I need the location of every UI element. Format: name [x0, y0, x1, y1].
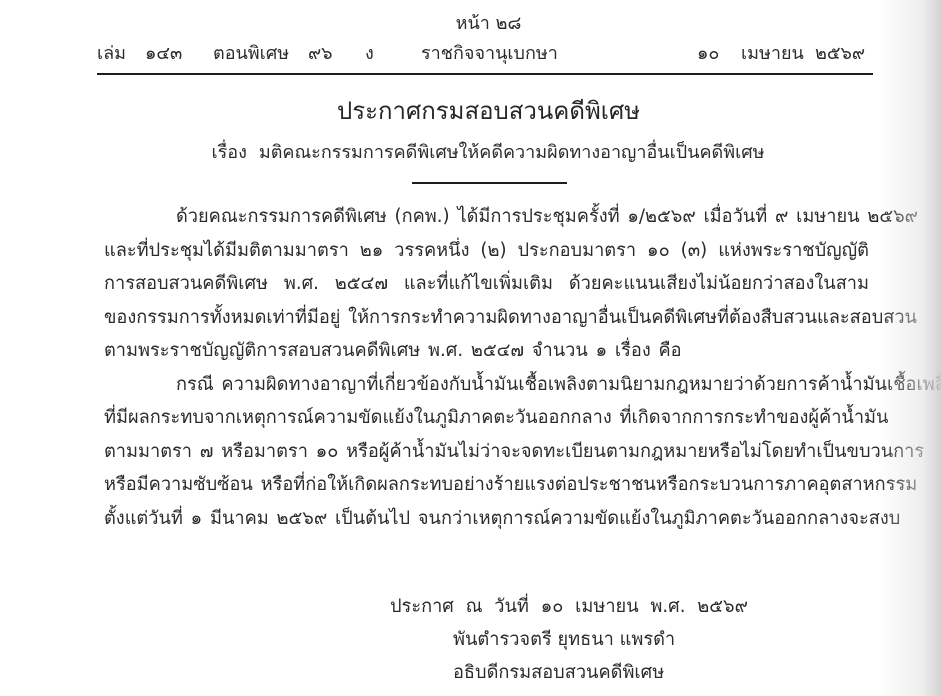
document-title: ประกาศกรมสอบสวนคดีพิเศษ [0, 94, 941, 128]
header-rule [97, 73, 873, 75]
body-line: การสอบสวนคดีพิเศษ พ.ศ. ๒๕๔๗ และที่แก้ไขเ… [104, 267, 869, 301]
subject-label: เรื่อง [211, 142, 246, 163]
body-line: ของกรรมการทั้งหมดเท่าที่มีอยู่ ให้การกระ… [104, 301, 869, 335]
signatory-name: พันตำรวจตรี ยุทธนา แพรดำ [390, 623, 760, 656]
body-line: และที่ประชุมได้มีมติตามมาตรา ๒๑ วรรคหนึ่… [104, 234, 869, 268]
header-date-month: เมษายน [741, 40, 804, 68]
body-line: ตั้งแต่วันที่ ๑ มีนาคม ๒๕๖๙ เป็นต้นไป จน… [104, 502, 869, 536]
section-label: ตอนพิเศษ [213, 40, 289, 68]
body-line: ตามพระราชบัญญัติการสอบสวนคดีพิเศษ พ.ศ. ๒… [104, 334, 869, 368]
header-date-year: ๒๕๖๙ [815, 40, 865, 68]
subject-text: มติคณะกรรมการคดีพิเศษให้คดีความผิดทางอาญ… [259, 142, 765, 163]
gazette-header: เล่ม ๑๔๓ ตอนพิเศษ ๙๖ ง ราชกิจจานุเบกษา ๑… [97, 40, 872, 68]
paragraph-1: ด้วยคณะกรรมการคดีพิเศษ (กคพ.) ได้มีการปร… [104, 200, 869, 368]
announcement-date: ประกาศ ณ วันที่ ๑๐ เมษายน พ.ศ. ๒๕๖๙ [390, 590, 760, 623]
section-number: ๙๖ [308, 40, 333, 68]
body-line: หรือมีความซับซ้อน หรือที่ก่อให้เกิดผลกระ… [104, 468, 869, 502]
publication-name: ราชกิจจานุเบกษา [421, 40, 558, 68]
document-body: ด้วยคณะกรรมการคดีพิเศษ (กคพ.) ได้มีการปร… [104, 200, 869, 535]
title-separator [412, 182, 567, 184]
volume-label: เล่ม [97, 40, 126, 68]
header-date-day: ๑๐ [697, 40, 719, 68]
document-subject: เรื่องมติคณะกรรมการคดีพิเศษให้คดีความผิด… [0, 139, 941, 167]
signatory-position: อธิบดีกรมสอบสวนคดีพิเศษ [390, 656, 760, 689]
signature-block: ประกาศ ณ วันที่ ๑๐ เมษายน พ.ศ. ๒๕๖๙ พันต… [390, 590, 760, 689]
body-line: ด้วยคณะกรรมการคดีพิเศษ (กคพ.) ได้มีการปร… [104, 200, 869, 234]
body-line: กรณี ความผิดทางอาญาที่เกี่ยวข้องกับน้ำมั… [104, 368, 869, 402]
section-letter: ง [365, 40, 374, 68]
body-line: ตามมาตรา ๗ หรือมาตรา ๑๐ หรือผู้ค้าน้ำมัน… [104, 435, 869, 469]
page-number: หน้า ๒๘ [0, 12, 941, 36]
volume-number: ๑๔๓ [145, 40, 182, 68]
body-line: ที่มีผลกระทบจากเหตุการณ์ความขัดแย้งในภูม… [104, 401, 869, 435]
paragraph-2: กรณี ความผิดทางอาญาที่เกี่ยวข้องกับน้ำมั… [104, 368, 869, 536]
